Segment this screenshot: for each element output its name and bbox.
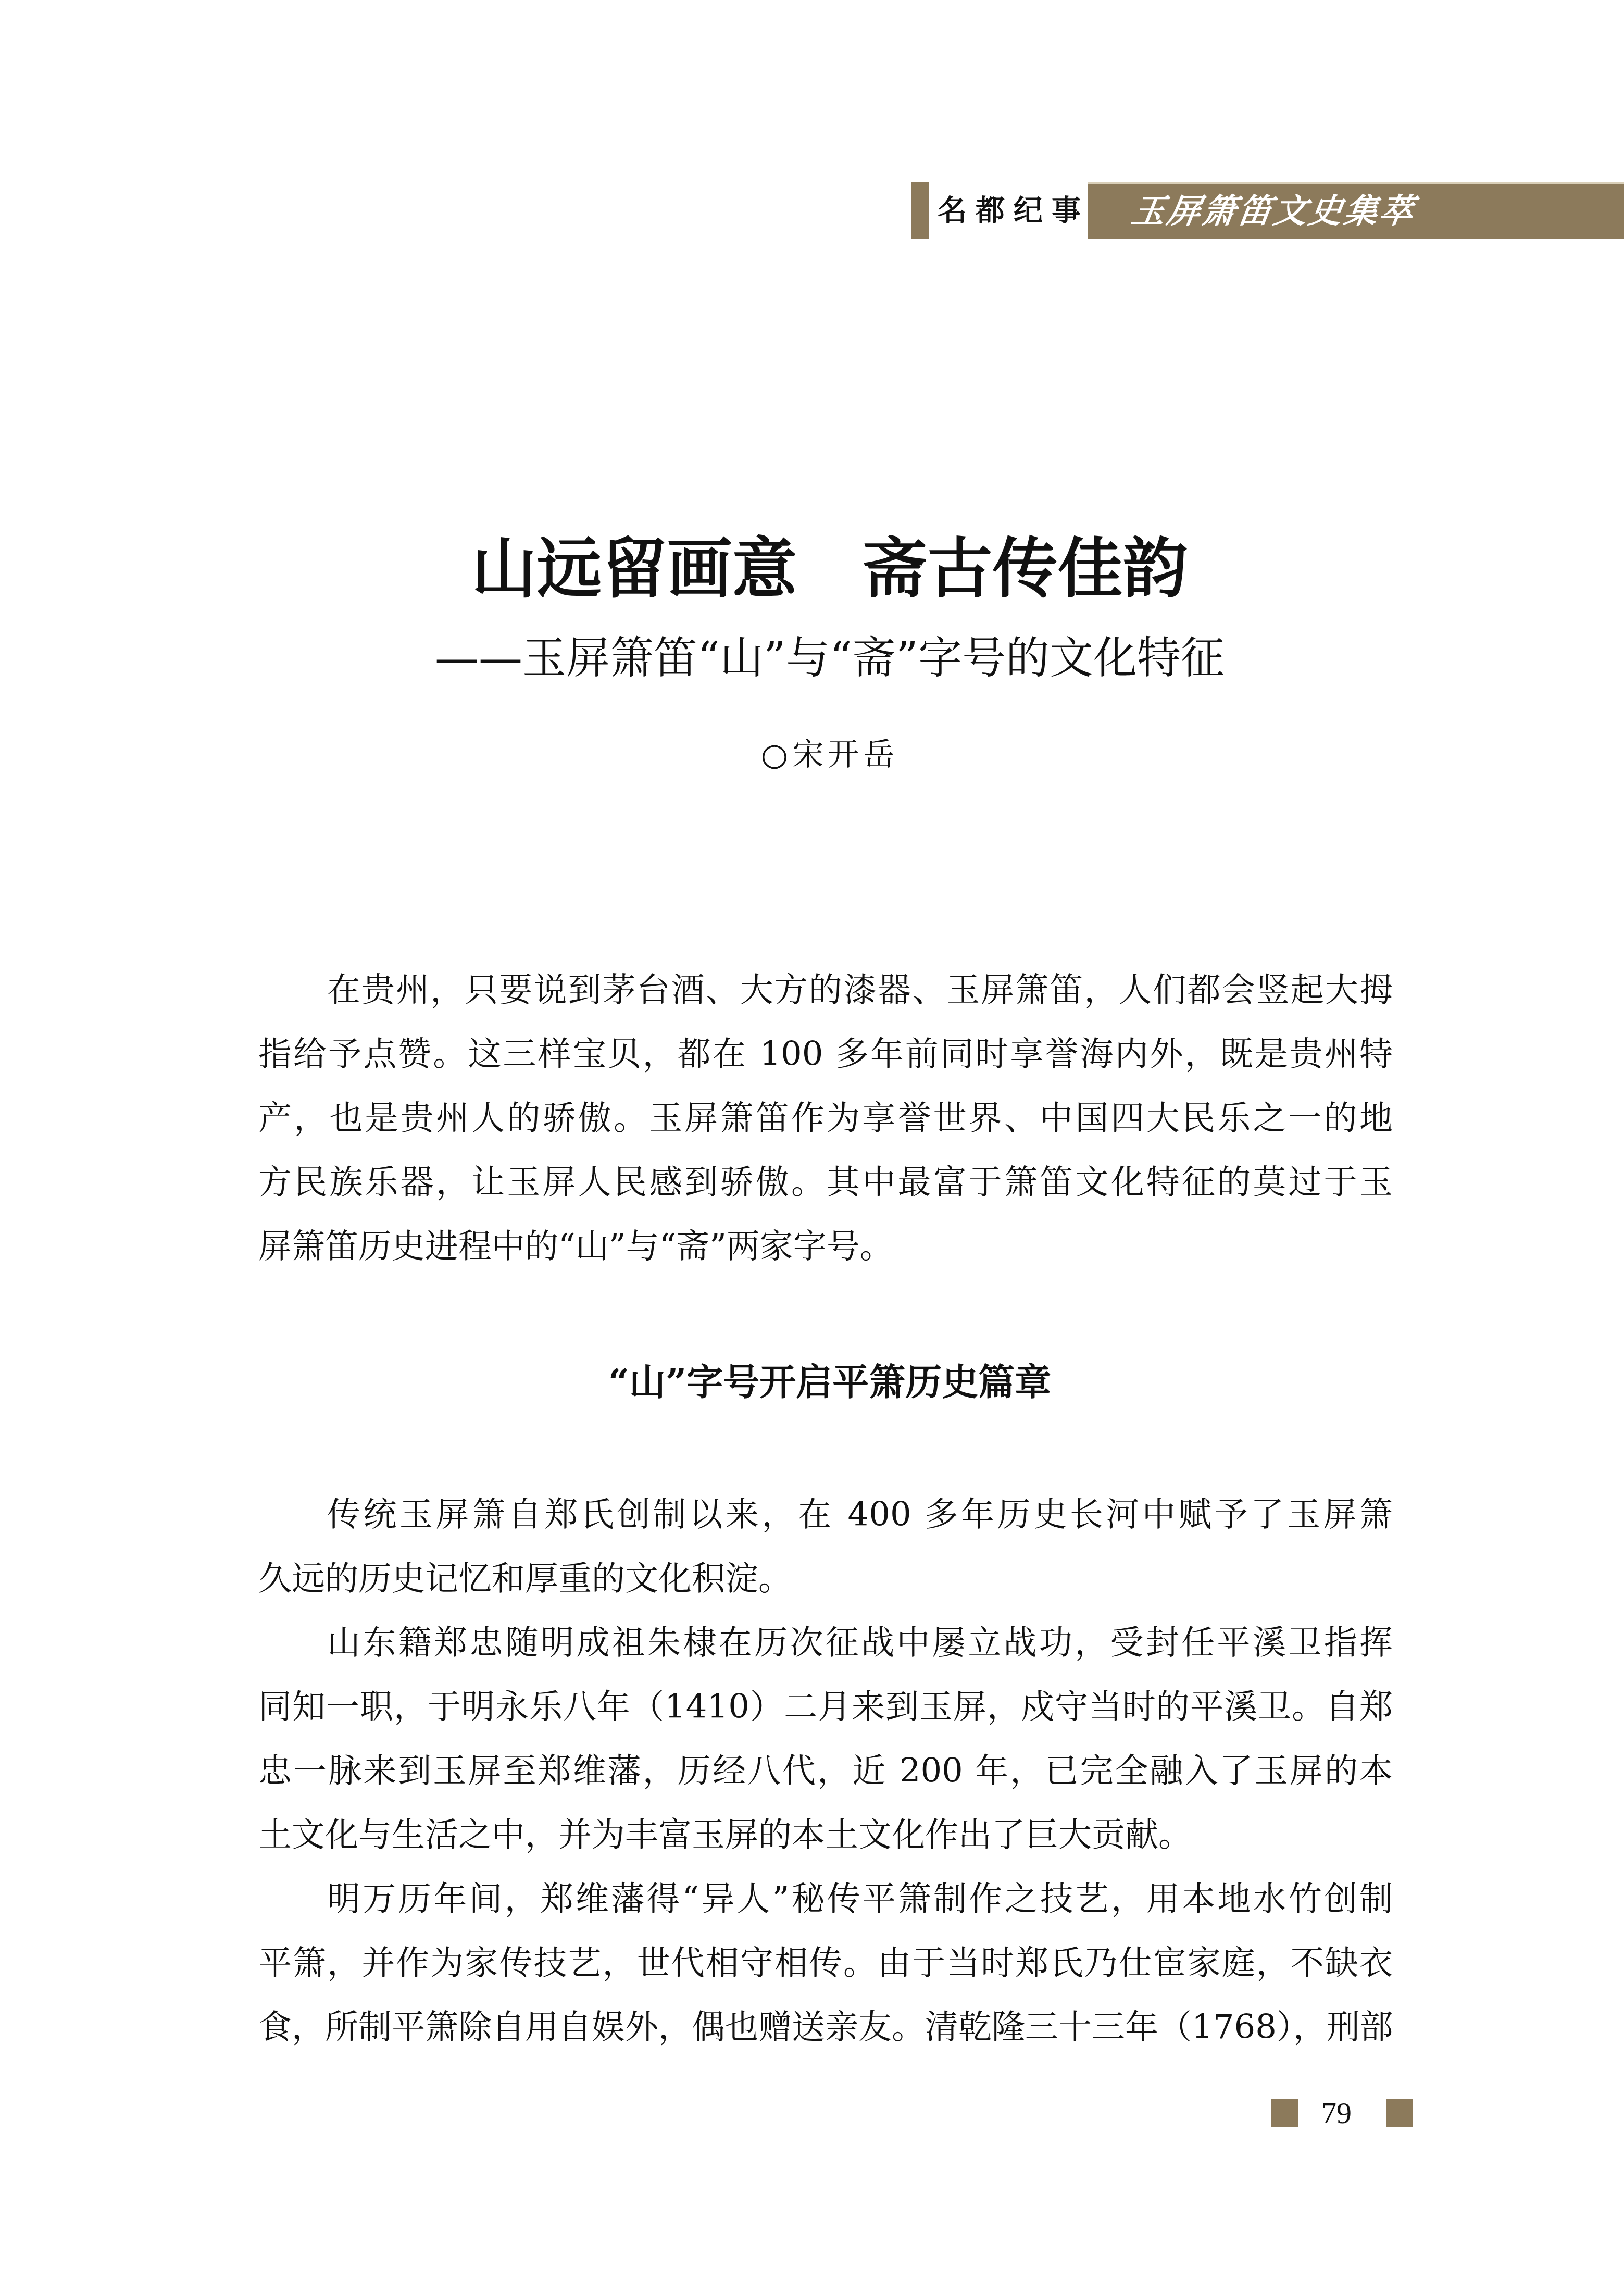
text-line: 产，也是贵州人的骄傲。玉屏箫笛作为享誉世界、中国四大民乐之一的地 — [258, 1100, 1393, 1164]
section-heading: “山”字号开启平箫历史篇章 — [258, 1356, 1401, 1408]
header-column-band: 玉屏箫笛文史集萃 — [1088, 182, 1624, 239]
text-line: 同知一职，于明永乐八年（1410）二月来到玉屏，戍守当时的平溪卫。自郑 — [258, 1689, 1393, 1753]
article-author: ○宋开岳 — [258, 731, 1401, 778]
text-line: 明万历年间，郑维藩得“异人”秘传平箫制作之技艺，用本地水竹创制 — [258, 1881, 1393, 1945]
article-subtitle: ——玉屏箫笛“山”与“斋”字号的文化特征 — [258, 629, 1401, 687]
text-line: 久远的历史记忆和厚重的文化积淀。 — [258, 1561, 1393, 1625]
text-line: 在贵州，只要说到茅台酒、大方的漆器、玉屏箫笛，人们都会竖起大拇 — [258, 972, 1393, 1036]
text-line: 食，所制平箫除自用自娱外，偶也赠送亲友。清乾隆三十三年（1768），刑部 — [258, 2009, 1393, 2073]
text-line: 传统玉屏箫自郑氏创制以来，在 400 多年历史长河中赋予了玉屏箫 — [258, 1497, 1393, 1561]
page-number-right-square-icon — [1386, 2099, 1413, 2127]
section-body: 传统玉屏箫自郑氏创制以来，在 400 多年历史长河中赋予了玉屏箫 久远的历史记忆… — [258, 1497, 1393, 2073]
text-line: 平箫，并作为家传技艺，世代相守相传。由于当时郑氏乃仕宦家庭，不缺衣 — [258, 1945, 1393, 2009]
page-number: 79 — [1313, 2095, 1360, 2131]
text-line: 方民族乐器，让玉屏人民感到骄傲。其中最富于箫笛文化特征的莫过于玉 — [258, 1164, 1393, 1228]
text-line: 土文化与生活之中，并为丰富玉屏的本土文化作出了巨大贡献。 — [258, 1817, 1393, 1881]
header-accent-bar — [911, 182, 929, 239]
text-line: 山东籍郑忠随明成祖朱棣在历次征战中屡立战功，受封任平溪卫指挥 — [258, 1625, 1393, 1689]
article-title: 山远留画意 斋古传佳韵 — [258, 527, 1401, 610]
header-column-title: 玉屏箫笛文史集萃 — [1128, 184, 1419, 239]
header-section-label: 名都纪事 — [938, 182, 1090, 239]
text-line: 指给予点赞。这三样宝贝，都在 100 多年前同时享誉海内外，既是贵州特 — [258, 1036, 1393, 1100]
page-number-left-square-icon — [1271, 2099, 1298, 2127]
text-line: 屏箫笛历史进程中的“山”与“斋”两家字号。 — [258, 1228, 1393, 1292]
text-line: 忠一脉来到玉屏至郑维藩，历经八代，近 200 年，已完全融入了玉屏的本 — [258, 1753, 1393, 1817]
intro-paragraph: 在贵州，只要说到茅台酒、大方的漆器、玉屏箫笛，人们都会竖起大拇 指给予点赞。这三… — [258, 972, 1393, 1292]
